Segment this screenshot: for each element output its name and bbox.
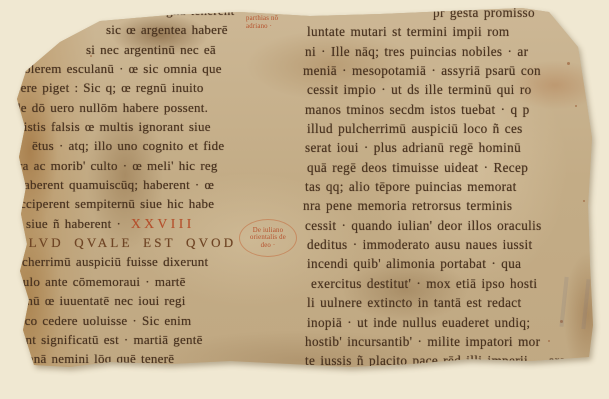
- manuscript-line: pr gesta promisso: [433, 3, 605, 22]
- manuscript-line: nra pene memoria retrorsus terminis: [303, 196, 605, 215]
- parchment-fragment: ut rem quocumque regna tenerent sic œ ar…: [0, 0, 609, 399]
- manuscript-line: hostib' incursantib' · milite impatori m…: [305, 332, 605, 351]
- manuscript-line: romanā nemini lōq quē tenerē: [6, 349, 291, 368]
- manuscript-line: manos tminos secdm istos tuebat · q p: [305, 100, 605, 119]
- manuscript-line: loco cedere uoluisse · Sic enim: [14, 311, 291, 330]
- interlinear-gloss: hec: [12, 192, 22, 201]
- side-note-line: orientalis de: [240, 234, 296, 242]
- manuscript-line: de dō uero nullōm habere possent.: [14, 98, 291, 117]
- side-note-line: De iuliano: [240, 227, 296, 235]
- side-margin-rubric-note: De iuliano orientalis de deo ·: [239, 219, 297, 257]
- manuscript-line: inopiā · ut inde nullus euaderet undiq;: [307, 313, 605, 332]
- side-note-line: deo ·: [240, 242, 296, 250]
- manuscript-line: quā regē deos timuisse uideat · Recep: [307, 158, 605, 177]
- right-text-column: pr gesta promisso luntate mutari st term…: [303, 3, 605, 371]
- manuscript-line: manū œ iuuentatē nec ioui regi: [10, 291, 291, 310]
- manuscript-line: luntate mutari st termini impii rom: [307, 22, 605, 41]
- top-note-line: adriano ·: [246, 23, 298, 31]
- manuscript-line: ni · Ille nāq; tres puincias nobiles · a…: [305, 42, 605, 61]
- top-note-line: parthias nō: [246, 15, 298, 23]
- rubric-line-text: siue ñ haberent ·: [26, 216, 121, 231]
- manuscript-line: cessit impio · ut ds ille terminū qui ro: [307, 80, 605, 99]
- manuscript-line: exercitus destitut' · mox etiā ipso host…: [311, 274, 605, 293]
- manuscript-line: cherrimū auspiciū fuisse dixerunt: [22, 252, 291, 271]
- chapter-number-rubric: XXVIII: [131, 216, 195, 231]
- manuscript-line: nunt significatū est · martiā gentē: [12, 330, 291, 349]
- manuscript-line: deditus · immoderato ausu naues iussit: [307, 235, 605, 254]
- manuscript-line: aberent quamuiscūq; haberent · œ: [24, 175, 291, 194]
- manuscript-line: incendi quib' alimonia portabat · qua: [307, 254, 605, 273]
- top-margin-rubric-note: parthias nō adriano ·: [246, 15, 298, 30]
- manuscript-photograph: ut rem quocumque regna tenerent sic œ ar…: [0, 0, 609, 399]
- manuscript-line: serat ioui · plus adrianū regē hominū: [305, 138, 605, 157]
- manuscript-line: te iussis ñ placito pace rēd illi imperi…: [305, 351, 605, 370]
- manuscript-line: meniā · mesopotamiā · assyriā psarū con: [303, 61, 605, 80]
- manuscript-line: tas qq; alio tēpore puincias memorat: [305, 177, 605, 196]
- left-text-column: ut rem quocumque regna tenerent sic œ ar…: [6, 1, 291, 369]
- manuscript-line: paulo ante cōmemoraui · martē: [10, 272, 291, 291]
- manuscript-line: acciperent sempiternū siue hic habe: [14, 194, 291, 213]
- manuscript-line: ētus · atq; illo uno cognito et fide: [32, 136, 291, 155]
- manuscript-line: cessit · quando iulian' deor illos oracu…: [305, 216, 605, 235]
- manuscript-line: ra ac morib' culto · œ meli' hic reg: [18, 156, 291, 175]
- manuscript-line: si nec argentinū nec eā: [86, 40, 291, 59]
- manuscript-line: li uulnere extincto in tantā est redact: [307, 293, 605, 312]
- manuscript-line: colerem esculanū · œ sic omnia que: [18, 59, 291, 78]
- parchment-fragment-wrap: ut rem quocumque regna tenerent sic œ ar…: [0, 0, 609, 399]
- manuscript-line: rere piget : Sic q; œ regnū inuito: [16, 78, 291, 97]
- manuscript-line: illud pulcherrimū auspiciū loco ñ ces: [307, 119, 605, 138]
- manuscript-line: ū istis falsis œ multis ignorant siue: [12, 117, 291, 136]
